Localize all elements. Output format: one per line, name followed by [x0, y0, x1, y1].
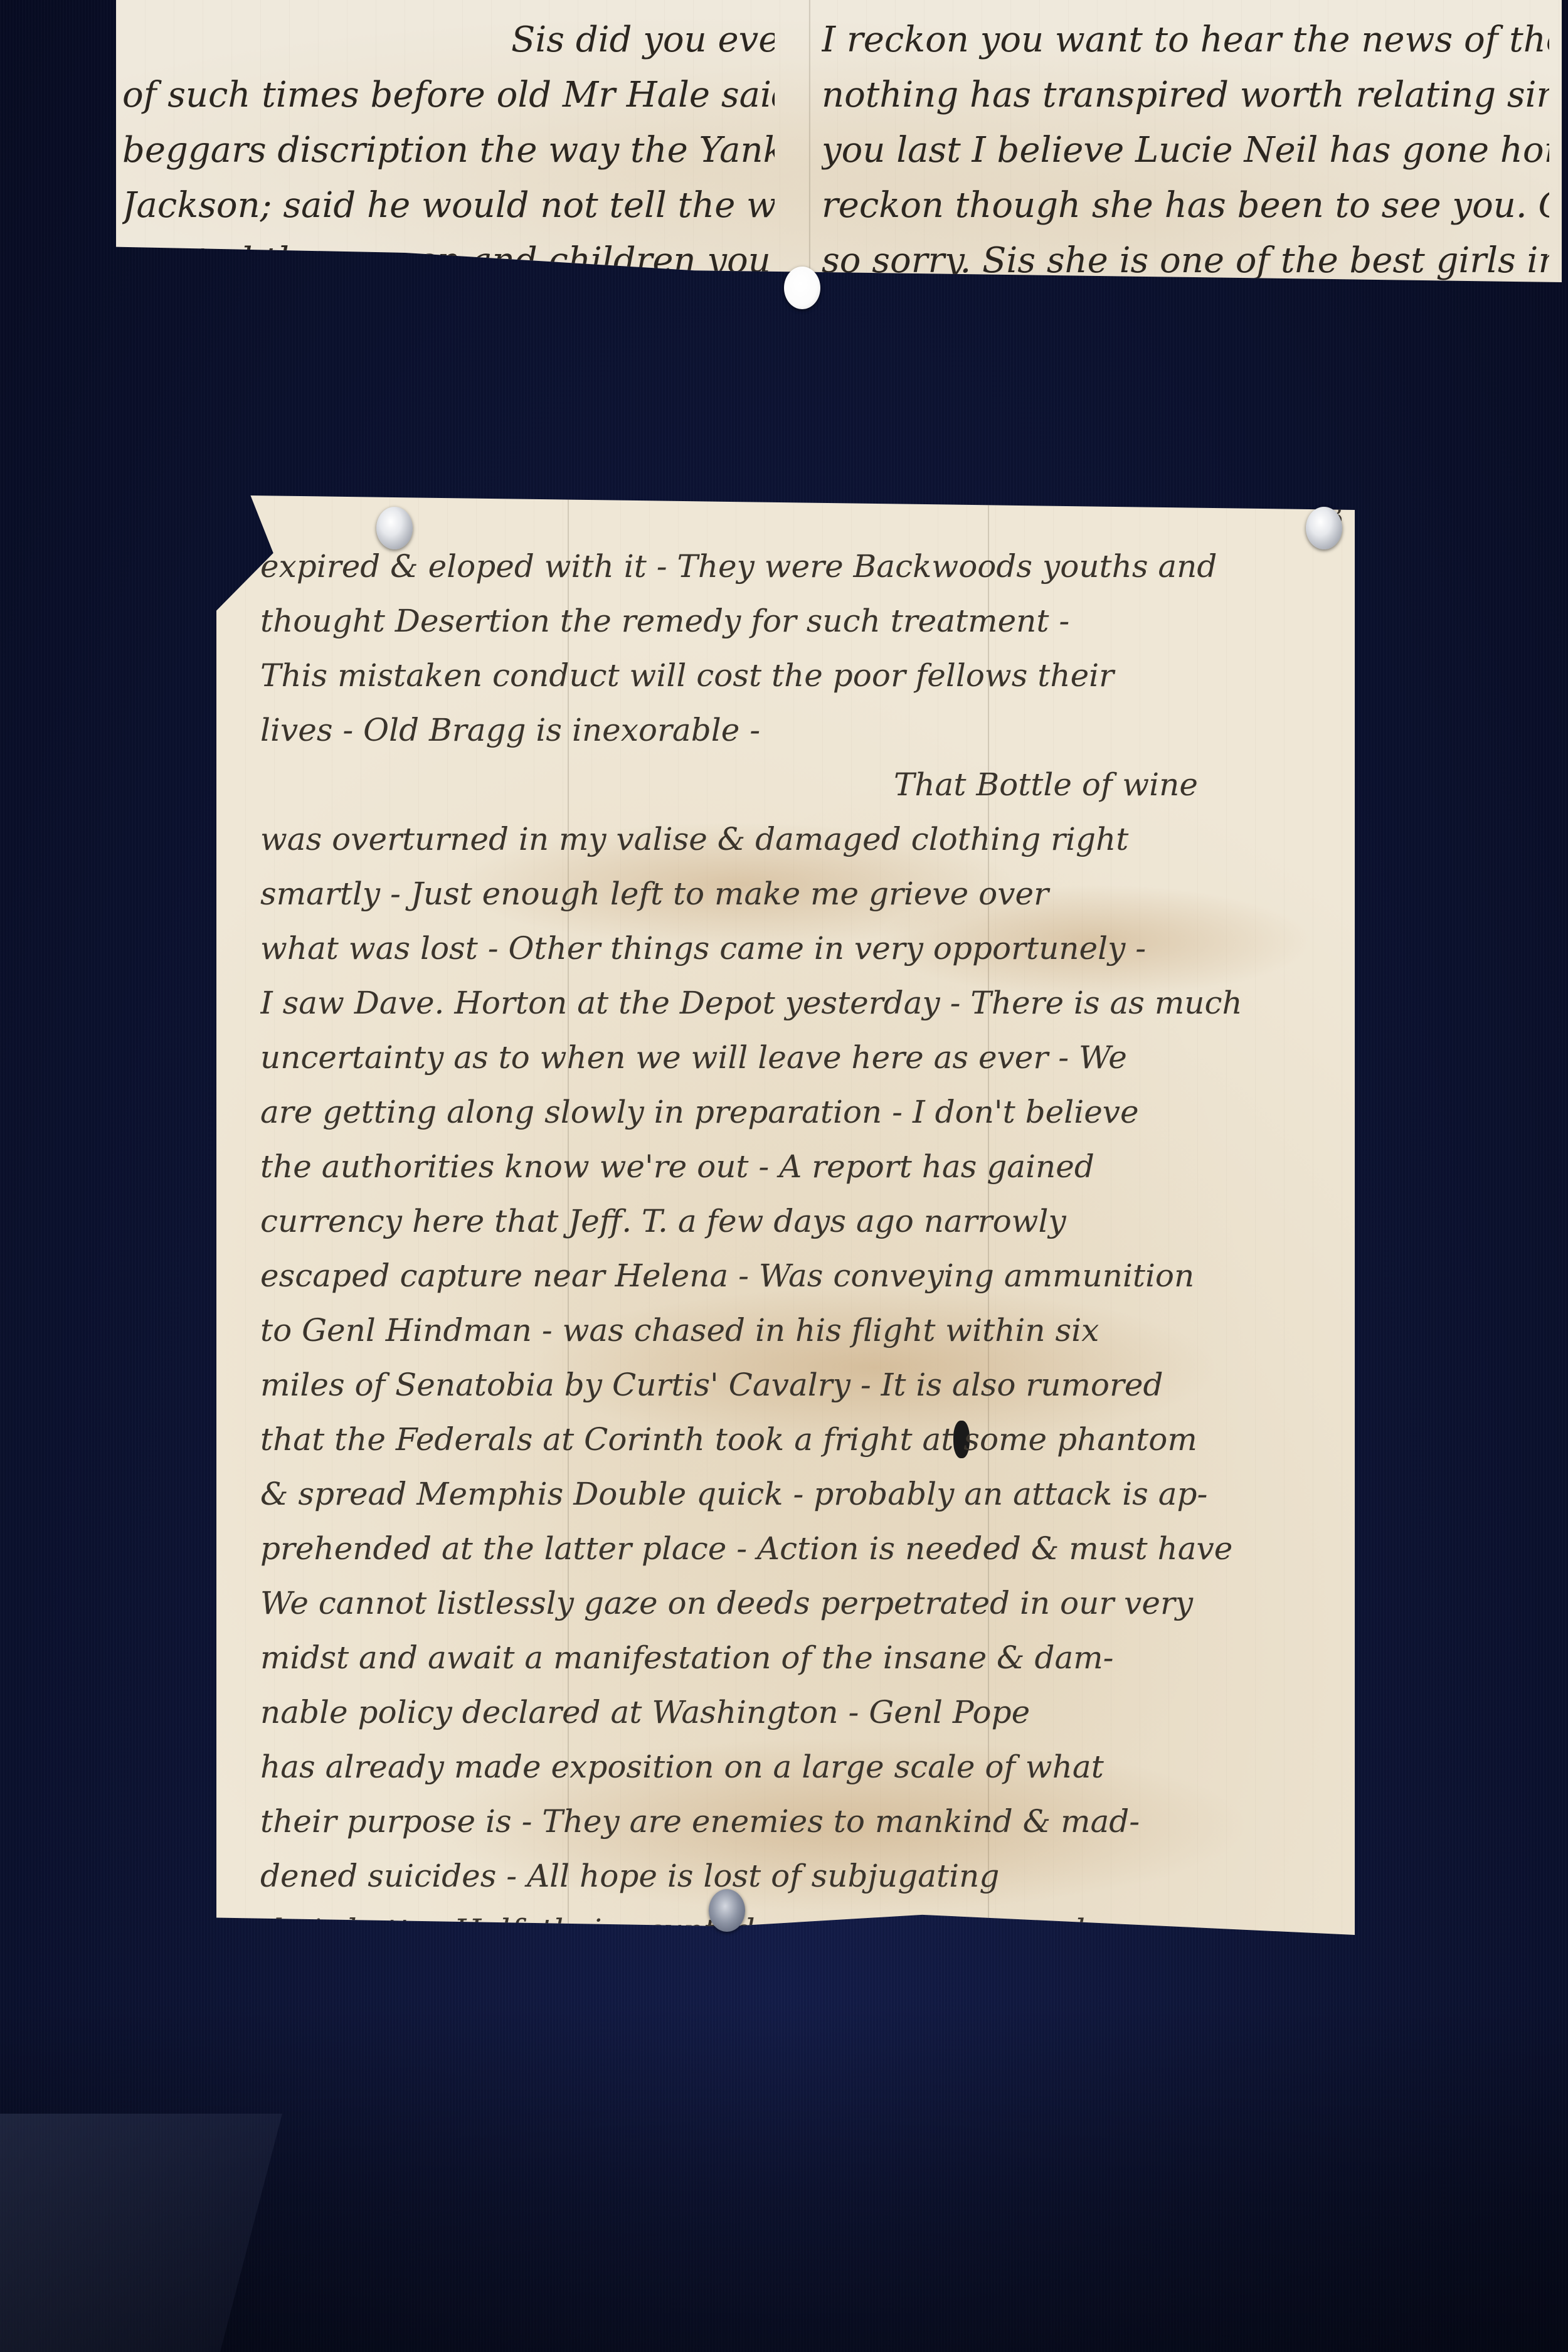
- handwritten-line: That Bottle of wine: [260, 758, 1330, 812]
- pin-icon: [376, 507, 413, 549]
- handwritten-line: thought Desertion the remedy for such tr…: [260, 594, 1330, 649]
- handwritten-line: the authorities know we're out - A repor…: [260, 1140, 1330, 1194]
- handwritten-line: We cannot listlessly gaze on deeds perpe…: [260, 1576, 1330, 1631]
- top-page-right-column: I reckon you want to hear the news of th…: [822, 13, 1549, 289]
- handwritten-line: lives - Old Bragg is inexorable -: [260, 703, 1330, 758]
- handwritten-line: currency here that Jeff. T. a few days a…: [260, 1194, 1330, 1249]
- pin-icon: [784, 267, 820, 309]
- handwritten-line: has already made exposition on a large s…: [260, 1740, 1330, 1794]
- handwritten-line: escaped capture near Helena - Was convey…: [260, 1249, 1330, 1303]
- letter-body: expired & eloped with it - They were Bac…: [260, 539, 1330, 2176]
- handwritten-line: & spread Memphis Double quick - probably…: [260, 1467, 1330, 1522]
- handwritten-line: prehended at the latter place - Action i…: [260, 1522, 1330, 1576]
- fold-line: [809, 0, 810, 282]
- handwritten-line: smartly - Just enough left to make me gr…: [260, 867, 1330, 921]
- handwritten-line: uncertainty as to when we will leave her…: [260, 1030, 1330, 1085]
- main-letter-page: 3 expired & eloped with it - They were B…: [216, 495, 1355, 1935]
- handwritten-line: Sis did you ever hear: [122, 13, 775, 68]
- handwritten-line: nable policy declared at Washington - Ge…: [260, 1685, 1330, 1740]
- handwritten-line: miles of Senatobia by Curtis' Cavalry - …: [260, 1358, 1330, 1412]
- handwritten-line: nothing has transpired worth relating si…: [822, 68, 1549, 123]
- handwritten-line: I saw Dave. Horton at the Depot yesterda…: [260, 976, 1330, 1030]
- handwritten-line: are getting along slowly in preparation …: [260, 1085, 1330, 1140]
- handwritten-line: what was lost - Other things came in ver…: [260, 921, 1330, 976]
- handwritten-line: beggars discription the way the Yanks cu…: [122, 123, 775, 178]
- top-letter-page: Sis did you ever hear of such times befo…: [116, 0, 1562, 282]
- handwritten-line: of such times before old Mr Hale said it…: [122, 68, 775, 123]
- handwritten-line: you last I believe Lucie Neil has gone h…: [822, 123, 1549, 178]
- handwritten-line: reckon though she has been to see you. O…: [822, 178, 1549, 233]
- pin-icon: [709, 1889, 745, 1932]
- handwritten-line: I reckon you want to hear the news of th…: [822, 13, 1549, 68]
- handwritten-line: their better Half, their vaunted suprema…: [260, 1904, 1330, 1958]
- handwritten-line: treated the women and children you know …: [122, 233, 775, 289]
- handwritten-line: Jackson; said he would not tell the way …: [122, 178, 775, 233]
- handwritten-line: was overturned in my valise & damaged cl…: [260, 812, 1330, 867]
- handwritten-line: dened suicides - All hope is lost of sub…: [260, 1849, 1330, 1904]
- handwritten-line: that the Federals at Corinth took a frig…: [260, 1412, 1330, 1467]
- handwritten-line: midst and await a manifestation of the i…: [260, 1631, 1330, 1685]
- handwritten-line: to Genl Hindman - was chased in his flig…: [260, 1303, 1330, 1358]
- handwritten-line: their purpose is - They are enemies to m…: [260, 1794, 1330, 1849]
- pin-icon: [1306, 507, 1342, 549]
- top-page-left-column: Sis did you ever hear of such times befo…: [122, 13, 775, 289]
- handwritten-line: This mistaken conduct will cost the poor…: [260, 649, 1330, 703]
- handwritten-line: expired & eloped with it - They were Bac…: [260, 539, 1330, 594]
- handwritten-line: so sorry. Sis she is one of the best gir…: [822, 233, 1549, 289]
